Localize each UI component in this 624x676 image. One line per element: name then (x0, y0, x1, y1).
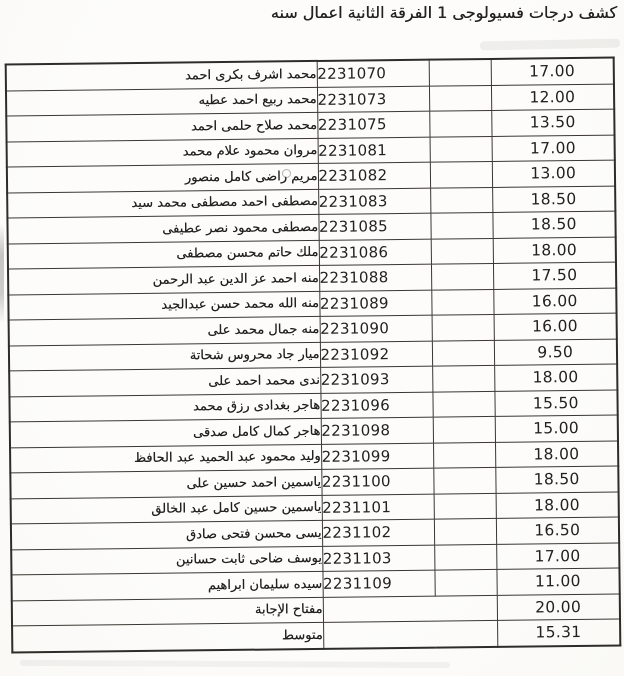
score-cell: 16.50 (496, 517, 619, 544)
student-name-cell: ندى محمد احمد على (9, 367, 320, 396)
score-cell: 15.31 (497, 619, 620, 646)
student-name-cell: منه الله محمد حسن عبدالجيد (8, 291, 319, 320)
student-id-cell: 2231100 (321, 468, 433, 495)
empty-cell (431, 263, 493, 289)
score-cell: 12.00 (491, 84, 614, 111)
student-name-cell: يوسف ضاحى ثابت حسانين (11, 546, 322, 575)
student-id-cell: 2231101 (322, 494, 434, 521)
empty-cell (430, 212, 492, 238)
student-name-cell: مروان محمود علام محمد (7, 138, 318, 167)
student-id-cell: 2231099 (321, 443, 433, 470)
empty-cell (430, 161, 492, 187)
student-id-cell: 2231102 (322, 519, 434, 546)
score-cell: 11.00 (496, 568, 619, 595)
student-id-cell: 2231089 (319, 290, 431, 317)
student-id-cell: 2231070 (317, 60, 429, 87)
empty-cell (429, 59, 491, 86)
student-name-cell: محمد صلاح حلمى احمد (6, 112, 317, 141)
summary-label-cell: مفتاح الإجابة (12, 597, 323, 626)
score-cell: 18.00 (493, 237, 616, 264)
score-cell: 16.00 (494, 313, 617, 340)
score-cell: 18.00 (495, 441, 618, 468)
student-id-cell: 2231073 (317, 86, 429, 113)
empty-cell (431, 238, 493, 264)
score-cell: 15.00 (495, 415, 618, 442)
student-id-cell: 2231085 (318, 213, 430, 240)
score-cell: 17.00 (492, 135, 615, 162)
student-id-cell: 2231109 (322, 570, 434, 597)
score-cell: 18.00 (496, 492, 619, 519)
grades-table: محمد اشرف بكرى احمد223107017.00محمد ربيع… (5, 57, 622, 653)
empty-cell (432, 365, 494, 391)
student-id-cell: 2231088 (319, 264, 431, 291)
empty-cell (432, 340, 494, 366)
empty-cell (431, 289, 493, 315)
student-id-cell: 2231098 (321, 417, 433, 444)
score-cell: 17.00 (496, 543, 619, 570)
student-name-cell: مصطفى احمد مصطفى محمد سيد (7, 189, 318, 218)
score-cell: 18.50 (495, 466, 618, 493)
scan-smudge-top-right (480, 39, 620, 51)
student-id-cell: 2231086 (319, 239, 431, 266)
sheet-title: كشف درجات فسيولوجى 1 الفرقة الثانية اعما… (271, 3, 617, 22)
empty-merged-cell (323, 595, 497, 622)
score-cell: 16.00 (493, 288, 616, 315)
empty-cell (434, 493, 496, 519)
empty-cell (432, 391, 494, 417)
score-cell: 17.00 (491, 58, 614, 85)
empty-cell (429, 110, 491, 136)
student-id-cell: 2231092 (320, 341, 432, 368)
grades-table-body: محمد اشرف بكرى احمد223107017.00محمد ربيع… (6, 58, 621, 652)
scan-smudge-left-edge (0, 224, 4, 324)
student-id-cell: 2231075 (317, 111, 429, 138)
student-name-cell: وليد محمود عبد الحميد عبد الحافظ (10, 444, 321, 473)
student-id-cell: 2231090 (320, 315, 432, 342)
grades-table-wrap: محمد اشرف بكرى احمد223107017.00محمد ربيع… (5, 57, 622, 653)
student-name-cell: ياسمين احمد حسين على (10, 469, 321, 498)
student-name-cell: ياسمين حسين كامل عبد الخالق (11, 495, 322, 524)
student-name-cell: محمد ربيع احمد عطيه (6, 87, 317, 116)
score-cell: 9.50 (494, 339, 617, 366)
summary-label-cell: متوسط (12, 622, 323, 652)
student-name-cell: هاجر كمال كامل صدقى (10, 418, 321, 447)
student-id-cell: 2231103 (322, 545, 434, 572)
student-name-cell: مريم راضى كامل منصور (7, 163, 318, 192)
empty-cell (434, 544, 496, 570)
student-id-cell: 2231082 (318, 162, 430, 189)
student-id-cell: 2231081 (318, 137, 430, 164)
student-id-cell: 2231083 (318, 188, 430, 215)
student-name-cell: منه جمال محمد على (9, 316, 320, 345)
student-id-cell: 2231096 (320, 392, 432, 419)
empty-cell (429, 85, 491, 111)
table-summary-row: متوسط15.31 (12, 619, 620, 652)
student-id-cell: 2231093 (320, 366, 432, 393)
empty-cell (432, 314, 494, 340)
scanned-grade-sheet: كشف درجات فسيولوجى 1 الفرقة الثانية اعما… (0, 0, 624, 676)
score-cell: 20.00 (497, 594, 620, 621)
empty-cell (433, 416, 495, 442)
empty-cell (430, 136, 492, 162)
score-cell: 15.50 (494, 390, 617, 417)
student-name-cell: سيده سليمان ابراهيم (11, 571, 322, 600)
empty-cell (434, 518, 496, 544)
student-name-cell: يسى محسن فتحى صادق (11, 520, 322, 549)
scan-shadow-bottom (20, 660, 450, 668)
score-cell: 18.50 (492, 211, 615, 238)
score-cell: 17.50 (493, 262, 616, 289)
empty-merged-cell (323, 620, 497, 648)
score-cell: 18.50 (492, 186, 615, 213)
empty-cell (433, 442, 495, 468)
student-name-cell: منه احمد عز الدين عبد الرحمن (8, 265, 319, 294)
score-cell: 18.00 (494, 364, 617, 391)
student-name-cell: ملك حاتم محسن مصطفى (8, 240, 319, 269)
student-name-cell: هاجر بغدادى رزق محمد (9, 393, 320, 422)
empty-cell (434, 569, 496, 595)
empty-cell (433, 467, 495, 493)
student-name-cell: ميار جاد محروس شحاتة (9, 342, 320, 371)
student-name-cell: محمد اشرف بكرى احمد (6, 61, 317, 91)
score-cell: 13.00 (492, 160, 615, 187)
empty-cell (430, 187, 492, 213)
student-name-cell: مصطفى محمود نصر عطيفى (7, 214, 318, 243)
score-cell: 13.50 (491, 109, 614, 136)
